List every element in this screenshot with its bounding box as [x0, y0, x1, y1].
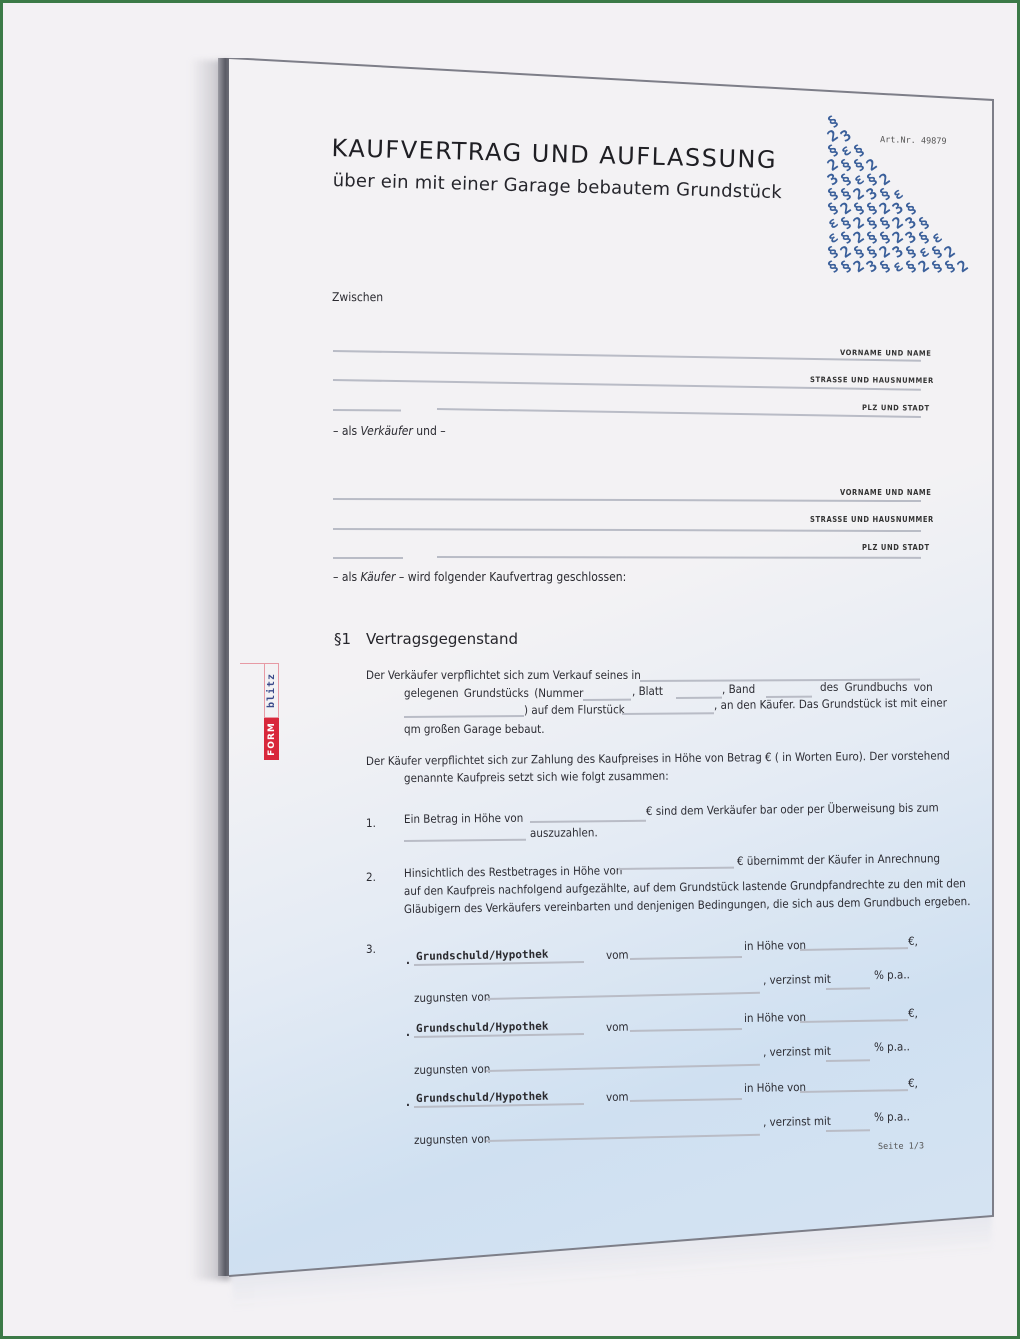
seller-role-name: Verkäufer	[361, 424, 413, 438]
para1-line2a: gelegenen Grundstücks (Nummer	[404, 686, 583, 700]
item1-number: 1.	[366, 816, 376, 830]
entry-amount-label: in Höhe von	[744, 938, 806, 953]
para1-line4: qm großen Garage bebaut.	[404, 722, 544, 736]
entry-amount-label: in Höhe von	[744, 1080, 806, 1095]
logo-form: FORM	[264, 718, 279, 760]
seller-role: – als Verkäufer und –	[333, 424, 446, 438]
entry-euro: €,	[908, 934, 918, 948]
buyer-role: – als Käufer – wird folgender Kaufvertra…	[333, 570, 626, 584]
seller-name-label: VORNAME UND NAME	[840, 348, 932, 358]
para1-line3a: ) auf dem Flurstück	[524, 702, 625, 717]
entry-bullet: .	[406, 1095, 410, 1109]
buyer-street-label: STRASSE UND HAUSNUMMER	[810, 515, 934, 524]
seller-street-label: STRASSE UND HAUSNUMMER	[810, 375, 934, 385]
item2-line1b: € übernimmt der Käufer in Anrechnung	[737, 851, 940, 868]
buyer-role-suffix: – wird folgender Kaufvertrag geschlossen…	[396, 570, 627, 584]
buyer-city-label: PLZ UND STADT	[862, 543, 930, 552]
para2-line2: genannte Kaufpreis setzt sich wie folgt …	[404, 769, 669, 785]
item1-line2: auszuzahlen.	[530, 825, 598, 840]
page-edge	[218, 58, 230, 1276]
entry-euro: €,	[908, 1076, 918, 1090]
buyer-zip-field[interactable]	[333, 557, 403, 559]
logo-blitz: blitz	[264, 663, 279, 718]
buyer-name-label: VORNAME UND NAME	[840, 488, 931, 497]
entry-beneficiary-label: zugunsten von	[414, 1062, 491, 1077]
para1-line2c: , Band	[722, 682, 755, 696]
entry-interest-label: , verzinst mit	[763, 1114, 831, 1129]
seller-role-suffix: und –	[413, 424, 446, 438]
seller-role-prefix: – als	[333, 424, 361, 438]
entry-percent: % p.a..	[874, 1039, 910, 1054]
para1-line1: Der Verkäufer verpflichtet sich zum Verk…	[366, 668, 641, 682]
entry-amount-label: in Höhe von	[744, 1010, 806, 1025]
entry-type: Grundschuld/Hypothek	[416, 1020, 549, 1035]
entry-beneficiary-label: zugunsten von	[414, 1132, 491, 1147]
para1-line2d: des Grundbuchs von	[820, 680, 933, 694]
section-number: §1	[334, 630, 351, 648]
entry-interest-label: , verzinst mit	[763, 1044, 831, 1059]
buyer-role-prefix: – als	[333, 570, 361, 584]
logo-form-text: FORM	[267, 722, 277, 756]
entry-type: Grundschuld/Hypothek	[416, 948, 549, 963]
entry-bullet: .	[406, 1025, 410, 1039]
buyer-role-name: Käufer	[361, 570, 396, 584]
svg-text:2: 2	[954, 256, 971, 276]
entry-vom-label: vom	[606, 1020, 629, 1034]
entry-vom-label: vom	[606, 1090, 629, 1104]
intro-text: Zwischen	[332, 290, 383, 304]
seller-city-label: PLZ UND STADT	[862, 403, 930, 413]
entry-interest-label: , verzinst mit	[763, 972, 831, 987]
item3-number: 3.	[366, 942, 376, 956]
formblitz-logo: blitz FORM	[264, 663, 279, 760]
entry-beneficiary-label: zugunsten von	[414, 990, 491, 1005]
entry-percent: % p.a..	[874, 1109, 910, 1124]
entry-percent: % p.a..	[874, 967, 910, 982]
logo-rule	[240, 663, 265, 664]
entry-bullet: .	[406, 953, 410, 967]
section-heading: Vertragsgegenstand	[366, 630, 518, 648]
entry-euro: €,	[908, 1006, 918, 1020]
para1-line3b: , an den Käufer. Das Grundstück ist mit …	[714, 696, 947, 712]
item2-line1a: Hinsichtlich des Restbetrages in Höhe vo…	[404, 863, 623, 880]
logo-blitz-text: blitz	[266, 673, 277, 708]
para1-line2b: , Blatt	[632, 684, 663, 698]
item2-number: 2.	[366, 870, 376, 884]
paragraph-pattern-icon: §23§ε§2§§23§ε§2§§23§ε§2§§23§ε§2§§23§ε§2§…	[826, 114, 971, 279]
page-number: Seite 1/3	[878, 1141, 924, 1152]
entry-type: Grundschuld/Hypothek	[416, 1090, 549, 1105]
entry-vom-label: vom	[606, 948, 629, 962]
item1-line1a: Ein Betrag in Höhe von	[404, 811, 523, 826]
